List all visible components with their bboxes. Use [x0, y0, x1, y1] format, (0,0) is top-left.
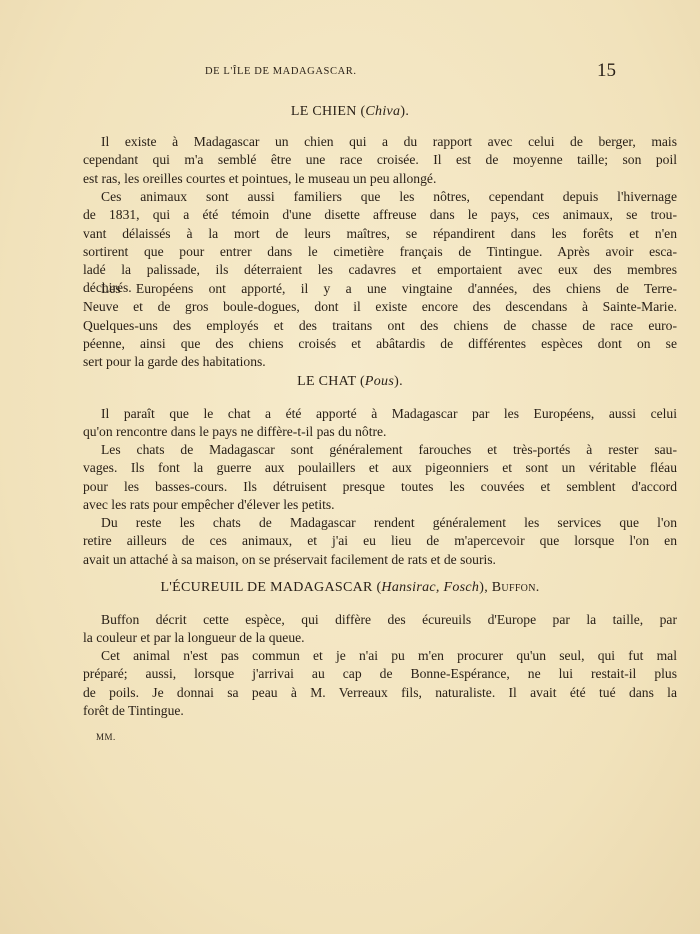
running-head: DE L'ÎLE DE MADAGASCAR. [205, 66, 357, 77]
text-line: retire ailleurs de ces animaux, et j'ai … [83, 532, 677, 550]
text-line: Il existe à Madagascar un chien qui a du… [83, 133, 677, 151]
section-title-chat: LE CHAT (Pous). [0, 374, 700, 390]
text-line: préparé; aussi, lorsque j'arrivai au cap… [83, 665, 677, 683]
text-line: Cet animal n'est pas commun et je n'ai p… [83, 647, 677, 665]
text-line: vant délaissés à la mort de leurs maître… [83, 225, 677, 243]
text-line: Quelques-uns des employés et des traitan… [83, 317, 677, 335]
section-title-text: LE CHIEN [291, 104, 357, 119]
text-line: de 1831, qui a été témoin d'une disette … [83, 206, 677, 224]
paragraph: Buffon décrit cette espèce, qui diffère … [83, 611, 677, 648]
text-line: Buffon décrit cette espèce, qui diffère … [83, 611, 677, 629]
section-title-text: LE CHAT [297, 374, 356, 389]
section-title-latin: Chiva [365, 104, 400, 119]
paragraph: Les Européens ont apporté, il y a une vi… [83, 280, 677, 371]
text-line: péenne, ainsi que des chiens croisés et … [83, 335, 677, 353]
section-title-latin: Pous [365, 374, 394, 389]
text-line: avec les rats pour empêcher d'élever les… [83, 496, 677, 514]
text-line: pour les basses-cours. Ils détruisent pr… [83, 478, 677, 496]
paragraph: Il paraît que le chat a été apporté à Ma… [83, 405, 677, 442]
signature-mark: MM. [96, 732, 116, 742]
paragraph: Il existe à Madagascar un chien qui a du… [83, 133, 677, 188]
text-line: Les chats de Madagascar sont généralemen… [83, 441, 677, 459]
paragraph: Les chats de Madagascar sont généralemen… [83, 441, 677, 514]
text-line: Il paraît que le chat a été apporté à Ma… [83, 405, 677, 423]
text-line: Les Européens ont apporté, il y a une vi… [83, 280, 677, 298]
text-line: la couleur et par la longueur de la queu… [83, 629, 677, 647]
text-line: Du reste les chats de Madagascar rendent… [83, 514, 677, 532]
paragraph: Du reste les chats de Madagascar rendent… [83, 514, 677, 569]
section-title-text: L'ÉCUREUIL DE MADAGASCAR [160, 580, 372, 595]
section-title-author: Buffon [492, 580, 536, 595]
section-title-ecureuil: L'ÉCUREUIL DE MADAGASCAR (Hansirac, Fosc… [0, 580, 700, 596]
text-line: avait un attaché à sa maison, on se prés… [83, 551, 677, 569]
text-line: sert pour la garde des habitations. [83, 353, 677, 371]
text-line: ladé la palissade, ils déterraient les c… [83, 261, 677, 279]
book-page: DE L'ÎLE DE MADAGASCAR. 15 LE CHIEN (Chi… [0, 0, 700, 934]
text-line: Ces animaux sont aussi familiers que les… [83, 188, 677, 206]
text-line: est ras, les oreilles courtes et pointue… [83, 170, 677, 188]
text-line: de poils. Je donnai sa peau à M. Verreau… [83, 684, 677, 702]
page-number: 15 [597, 60, 616, 82]
section-title-chien: LE CHIEN (Chiva). [0, 104, 700, 120]
section-title-latin: Hansirac, Fosch [381, 580, 479, 595]
paragraph: Cet animal n'est pas commun et je n'ai p… [83, 647, 677, 720]
text-line: forêt de Tintingue. [83, 702, 677, 720]
text-line: qu'on rencontre dans le pays ne diffère-… [83, 423, 677, 441]
text-line: cependant qui m'a semblé être une race c… [83, 151, 677, 169]
text-line: sortirent que pour entrer dans le cimeti… [83, 243, 677, 261]
text-line: Neuve et de gros boule-dogues, dont il e… [83, 298, 677, 316]
text-line: vages. Ils font la guerre aux poulailler… [83, 459, 677, 477]
